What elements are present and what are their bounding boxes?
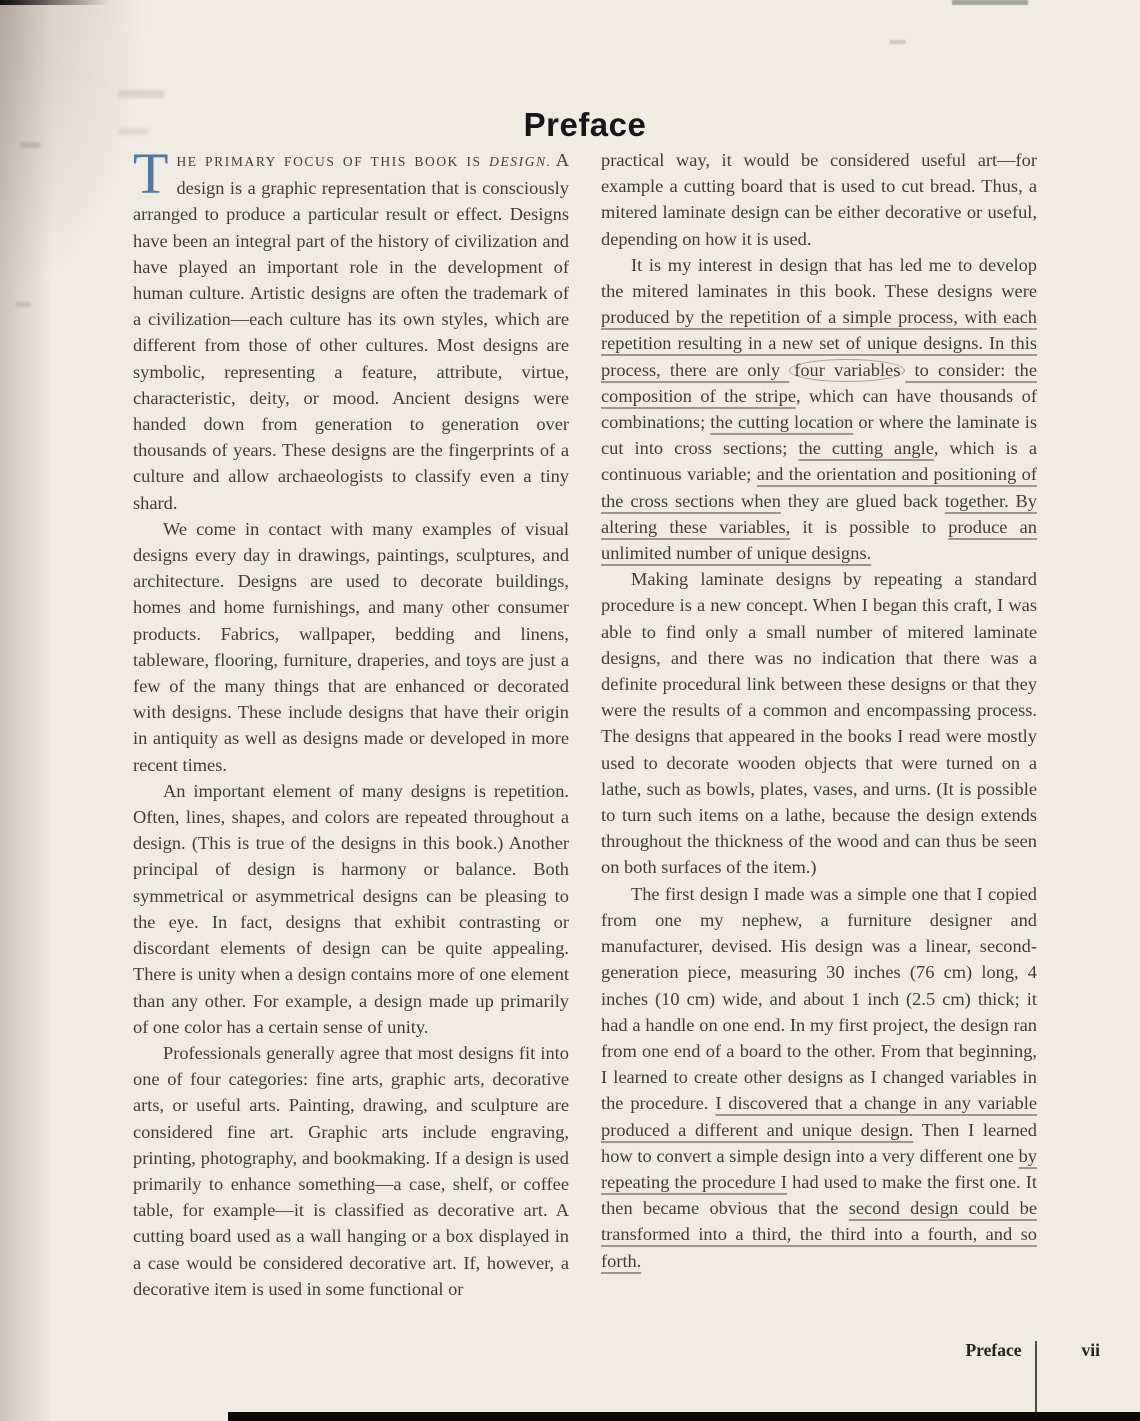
footer-page-number: vii [1036, 1340, 1100, 1361]
scanned-book-page: Preface THE PRIMARY FOCUS OF THIS BOOK I… [0, 0, 1140, 1421]
text-run: it is possible to [790, 517, 948, 537]
paragraph: The first design I made was a simple one… [601, 881, 1037, 1274]
scan-artifact-top-right [952, 0, 1028, 5]
paragraph: We come in contact with many examples of… [133, 516, 569, 778]
paragraph: practical way, it would be considered us… [601, 147, 1037, 252]
lead-small-caps: HE PRIMARY FOCUS OF THIS BOOK IS [176, 154, 489, 169]
right-column: practical way, it would be considered us… [601, 147, 1037, 1302]
text-run: The first design I made was a simple one… [601, 884, 1037, 1114]
page-title: Preface [133, 106, 1037, 144]
lead-small-caps-italic: DESIGN. [489, 154, 552, 169]
text-run: An important element of many designs is … [133, 781, 569, 1037]
scan-artifact-smudge [16, 302, 31, 307]
text-run: practical way, it would be considered us… [601, 150, 1037, 249]
footer-section-label: Preface [965, 1340, 1035, 1361]
scan-artifact-smudge [890, 40, 906, 44]
paragraph: Making laminate designs by repeating a s… [601, 566, 1037, 880]
paragraph: It is my interest in design that has led… [601, 252, 1037, 566]
scan-artifact-top-left [0, 0, 110, 5]
text-run: Making laminate designs by repeating a s… [601, 569, 1037, 877]
paragraph: An important element of many designs is … [133, 778, 569, 1040]
text-run: Professionals generally agree that most … [133, 1043, 569, 1299]
page-corner-shading [0, 0, 150, 300]
text-run: A design is a graphic representation tha… [133, 150, 569, 513]
footer-divider-rule [1035, 1341, 1037, 1421]
left-column: THE PRIMARY FOCUS OF THIS BOOK IS DESIGN… [133, 147, 569, 1302]
scan-artifact-smudge [20, 142, 40, 148]
scan-artifact-ghost-mark [118, 90, 164, 98]
drop-cap: T [133, 147, 176, 197]
page-footer: Preface vii [860, 1340, 1100, 1361]
text-run: It is my interest in design that has led… [601, 255, 1037, 301]
text-columns: THE PRIMARY FOCUS OF THIS BOOK IS DESIGN… [133, 147, 1037, 1302]
paragraph: Professionals generally agree that most … [133, 1040, 569, 1302]
text-run: they are glued back [781, 491, 945, 511]
text-run: We come in contact with many examples of… [133, 519, 569, 775]
pencil-circle: four variables [789, 359, 905, 382]
page-edge-shading [0, 0, 52, 1421]
pencil-underline: the cutting location [710, 412, 853, 432]
pencil-underline: the cutting angle [798, 438, 933, 458]
paragraph: THE PRIMARY FOCUS OF THIS BOOK IS DESIGN… [133, 147, 569, 516]
scan-artifact-bottom-bar [228, 1412, 1140, 1421]
